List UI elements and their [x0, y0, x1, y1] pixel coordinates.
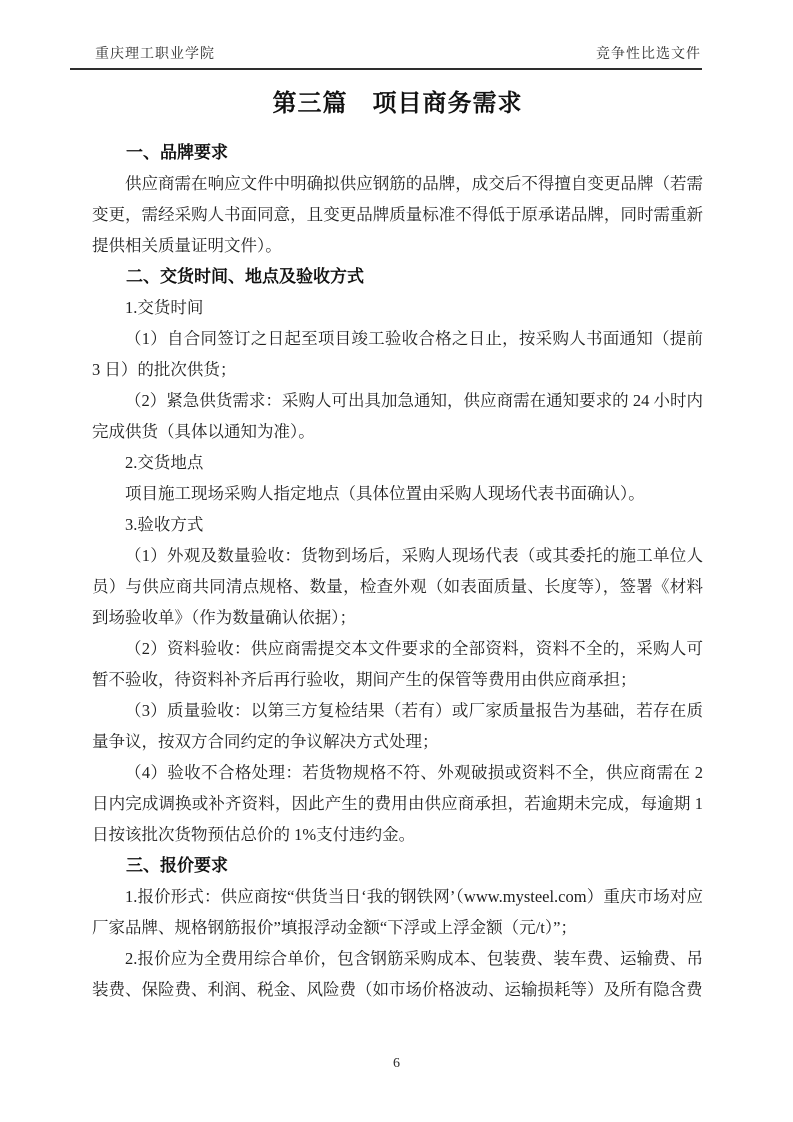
- page-number: 6: [0, 1056, 793, 1072]
- section-heading-delivery-and-acceptance: 二、交货时间、地点及验收方式: [92, 261, 703, 292]
- paragraph: （2）资料验收：供应商需提交本文件要求的全部资料，资料不全的，采购人可暂不验收，…: [92, 633, 703, 695]
- paragraph: 1.交货时间: [92, 292, 703, 323]
- paragraph: （1）自合同签订之日起至项目竣工验收合格之日止，按采购人书面通知（提前 3 日）…: [92, 323, 703, 385]
- paragraph: （3）质量验收：以第三方复检结果（若有）或厂家质量报告为基础，若存在质量争议，按…: [92, 695, 703, 757]
- header-organization-name: 重庆理工职业学院: [95, 47, 215, 63]
- header-divider-line: [70, 68, 702, 70]
- paragraph: 项目施工现场采购人指定地点（具体位置由采购人现场代表书面确认）。: [92, 478, 703, 509]
- paragraph: （4）验收不合格处理：若货物规格不符、外观破损或资料不全，供应商需在 2 日内完…: [92, 757, 703, 850]
- paragraph: （1）外观及数量验收：货物到场后，采购人现场代表（或其委托的施工单位人员）与供应…: [92, 540, 703, 633]
- paragraph: （2）紧急供货需求：采购人可出具加急通知，供应商需在通知要求的 24 小时内完成…: [92, 385, 703, 447]
- paragraph: 供应商需在响应文件中明确拟供应钢筋的品牌，成交后不得擅自变更品牌（若需变更，需经…: [92, 168, 703, 261]
- header-document-type: 竞争性比选文件: [596, 47, 701, 63]
- page-title: 第三篇 项目商务需求: [92, 88, 703, 120]
- section-heading-quotation-requirements: 三、报价要求: [92, 850, 703, 881]
- paragraph: 3.验收方式: [92, 509, 703, 540]
- section-heading-brand-requirements: 一、品牌要求: [92, 137, 703, 168]
- document-page: 重庆理工职业学院 竞争性比选文件 第三篇 项目商务需求 一、品牌要求 供应商需在…: [0, 0, 793, 1122]
- document-body: 第三篇 项目商务需求 一、品牌要求 供应商需在响应文件中明确拟供应钢筋的品牌，成…: [92, 88, 703, 1005]
- paragraph: 1.报价形式：供应商按“供货当日‘我的钢铁网’（www.mysteel.com）…: [92, 881, 703, 943]
- paragraph: 2.交货地点: [92, 447, 703, 478]
- paragraph: 2.报价应为全费用综合单价，包含钢筋采购成本、包装费、装车费、运输费、吊装费、保…: [92, 943, 703, 1005]
